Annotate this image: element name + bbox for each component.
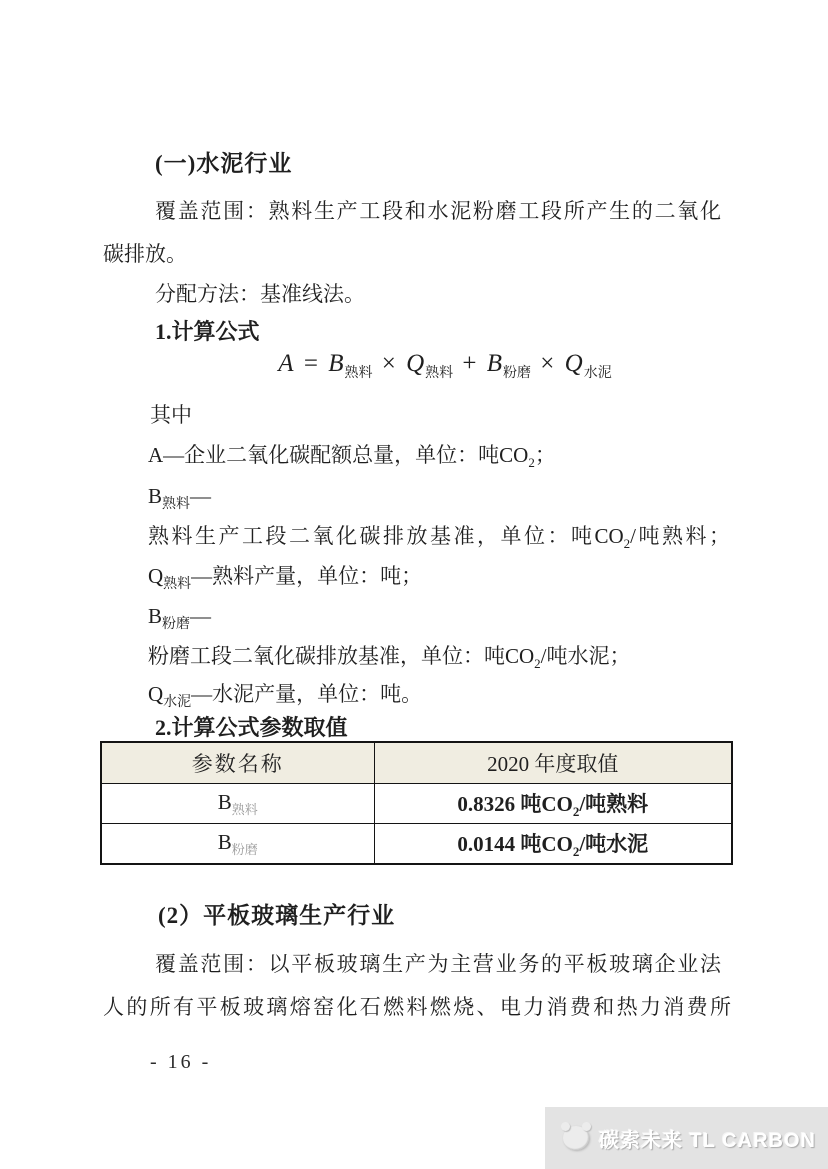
allocation-method-line: 分配方法：基准线法。 [155,279,365,309]
watermark-bar: 碳索未来 TL CARBON [545,1107,828,1169]
table-row: B熟料 0.8326 吨CO2/吨熟料 [101,784,732,824]
document-page: (一)水泥行业 覆盖范围：熟料生产工段和水泥粉磨工段所产生的二氧化 碳排放。 分… [0,0,828,1169]
where-label: 其中 [150,400,192,430]
def-b-grinding: B粉磨— [148,601,211,640]
table-header-2020-value: 2020 年度取值 [374,742,732,784]
param-name-cell: B熟料 [101,784,374,824]
brand-text: 碳索未来 TL CARBON [599,1124,816,1153]
table-header-row: 参数名称 2020 年度取值 [101,742,732,784]
def-b-clinker: B熟料— [148,481,211,520]
def-b-grinding-desc: 粉磨工段二氧化碳排放基准，单位：吨CO2/吨水泥； [148,641,631,679]
table-header-param-name: 参数名称 [101,742,374,784]
page-number: - 16 - [150,1051,211,1074]
params-table: 参数名称 2020 年度取值 B熟料 0.8326 吨CO2/吨熟料 B粉磨 0… [100,741,733,865]
param-name-cell: B粉磨 [101,824,374,865]
cement-scope-line-1: 覆盖范围：熟料生产工段和水泥粉磨工段所产生的二氧化 [155,196,721,226]
table-row: B粉磨 0.0144 吨CO2/吨水泥 [101,824,732,865]
glass-scope-line-1: 覆盖范围：以平板玻璃生产为主营业务的平板玻璃企业法 [155,949,721,979]
section-heading-cement: (一)水泥行业 [155,149,292,179]
def-a: A—企业二氧化碳配额总量，单位：吨CO2； [148,440,556,478]
panda-cloud-logo-icon [563,1126,589,1150]
section-heading-glass: (2）平板玻璃生产行业 [158,901,395,931]
def-b-clinker-desc: 熟料生产工段二氧化碳排放基准，单位：吨CO2/吨熟料； [148,521,730,559]
calc-formula-heading: 1.计算公式 [155,317,260,347]
param-value-cell: 0.0144 吨CO2/吨水泥 [374,824,732,865]
param-value-cell: 0.8326 吨CO2/吨熟料 [374,784,732,824]
cement-scope-line-2: 碳排放。 [103,239,187,269]
allowance-formula: A = B熟料 × Q熟料 + B粉磨 × Q水泥 [130,350,760,382]
params-heading: 2.计算公式参数取值 [155,713,348,743]
glass-scope-line-2: 人的所有平板玻璃熔窑化石燃料燃烧、电力消费和热力消费所 [103,992,731,1022]
def-q-clinker: Q熟料—熟料产量，单位：吨； [148,561,422,600]
